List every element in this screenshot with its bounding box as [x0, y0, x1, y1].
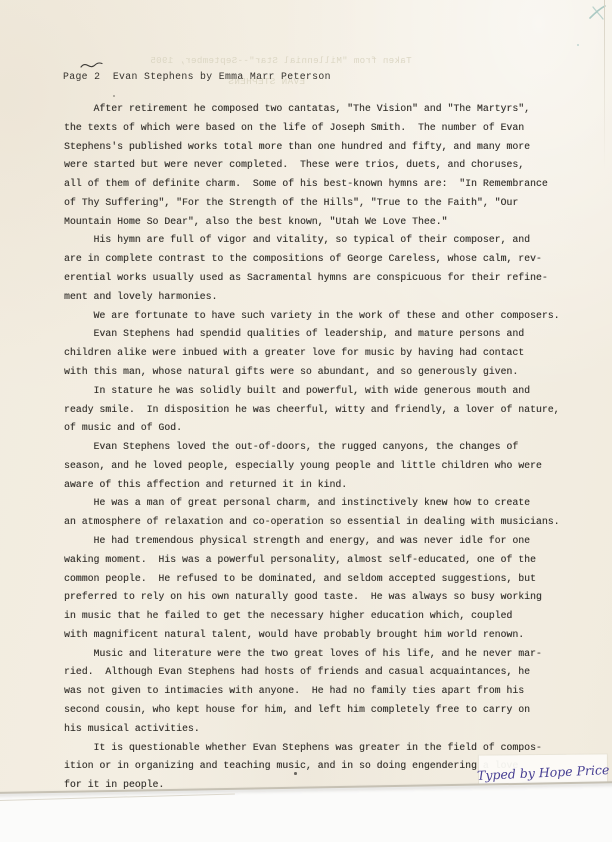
paragraph: He was a man of great personal charm, an… — [64, 494, 560, 532]
pencil-dot-mark — [577, 44, 579, 46]
typed-line: Mountain Home So Dear", also the best kn… — [64, 213, 560, 232]
typed-line: erential works usually used as Sacrament… — [64, 269, 560, 288]
typed-line: Music and literature were the two great … — [64, 645, 560, 664]
paragraph: After retirement he composed two cantata… — [64, 100, 560, 231]
paragraph: We are fortunate to have such variety in… — [64, 307, 560, 326]
typed-line: He had tremendous physical strength and … — [64, 532, 560, 551]
typed-line: It is questionable whether Evan Stephens… — [64, 739, 560, 758]
typed-line: all of them of definite charm. Some of h… — [64, 175, 560, 194]
scanned-document: Taken from "Millennial Star"--September,… — [0, 0, 612, 842]
paragraph: Evan Stephens had spendid qualities of l… — [64, 325, 560, 381]
typed-line: common people. He refused to be dominate… — [64, 570, 560, 589]
typed-text-body: After retirement he composed two cantata… — [64, 100, 560, 795]
paragraph: In stature he was solidly built and powe… — [64, 382, 560, 438]
typed-line: an atmosphere of relaxation and co-opera… — [64, 513, 560, 532]
handwritten-note: Typed by Hope Price — [477, 762, 610, 783]
typed-line: preferred to rely on his own naturally g… — [64, 588, 560, 607]
bleedthrough-text-line: Taken from "Millennial Star"--September,… — [150, 55, 412, 66]
typed-line: was not given to intimacies with anyone.… — [64, 682, 560, 701]
paper-fold-line — [0, 793, 235, 801]
typed-line: Stephens's published works total more th… — [64, 138, 560, 157]
typed-line: are in complete contrast to the composit… — [64, 250, 560, 269]
typed-line: of music and of God. — [64, 419, 560, 438]
typed-line: second cousin, who kept house for him, a… — [64, 701, 560, 720]
paragraph: His hymn are full of vigor and vitality,… — [64, 231, 560, 306]
typed-line: He was a man of great personal charm, an… — [64, 494, 560, 513]
ink-dot-mark — [113, 95, 115, 97]
typed-line: ready smile. In disposition he was cheer… — [64, 401, 560, 420]
typed-line: with magnificent natural talent, would h… — [64, 626, 560, 645]
typed-line: with this man, whose natural gifts were … — [64, 363, 560, 382]
typed-line: in music that he failed to get the neces… — [64, 607, 560, 626]
typed-line: aware of this affection and returned it … — [64, 476, 560, 495]
pencil-x-mark-icon — [588, 3, 608, 28]
page-header: Page 2 Evan Stephens by Emma Marr Peters… — [63, 71, 331, 82]
typed-line: Evan Stephens loved the out-of-doors, th… — [64, 438, 560, 457]
typed-line: the texts of which were based on the lif… — [64, 119, 560, 138]
paragraph: He had tremendous physical strength and … — [64, 532, 560, 645]
typed-line: After retirement he composed two cantata… — [64, 100, 560, 119]
typed-line: children alike were inbued with a greate… — [64, 344, 560, 363]
typed-line: season, and he loved people, especially … — [64, 457, 560, 476]
document-page: Taken from "Millennial Star"--September,… — [0, 0, 612, 793]
typed-line: his musical activities. — [64, 720, 560, 739]
typed-line: of Thy Suffering", "For the Strength of … — [64, 194, 560, 213]
paragraph: Evan Stephens loved the out-of-doors, th… — [64, 438, 560, 494]
typed-line: Evan Stephens had spendid qualities of l… — [64, 325, 560, 344]
typed-line: waking moment. His was a powerful person… — [64, 551, 560, 570]
typed-line: ment and lovely harmonies. — [64, 288, 560, 307]
typed-line: ried. Although Evan Stephens had hosts o… — [64, 663, 560, 682]
typed-line: His hymn are full of vigor and vitality,… — [64, 231, 560, 250]
typed-line: We are fortunate to have such variety in… — [64, 307, 560, 326]
paper-right-edge — [604, 0, 605, 170]
paragraph: Music and literature were the two great … — [64, 645, 560, 739]
typed-line: In stature he was solidly built and powe… — [64, 382, 560, 401]
typed-line: were started but were never completed. T… — [64, 156, 560, 175]
